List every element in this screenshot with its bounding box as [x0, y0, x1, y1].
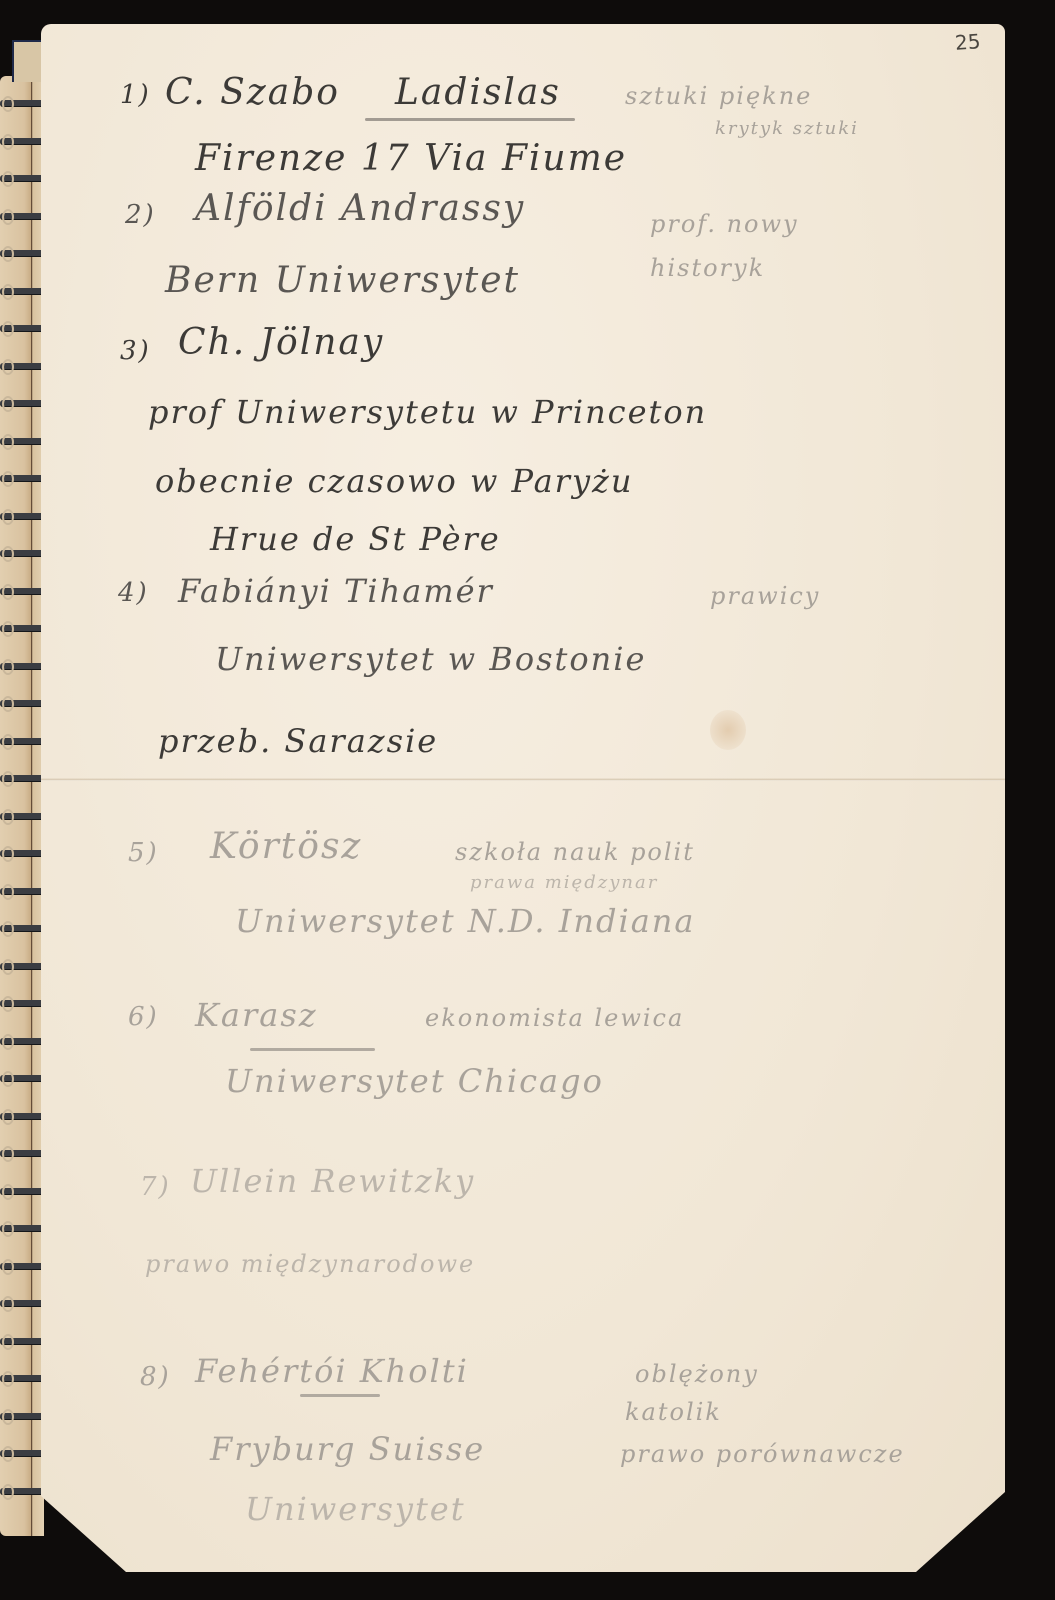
spiral-coil	[0, 888, 44, 894]
entry-number: 5)	[128, 838, 159, 868]
spiral-coil	[0, 1488, 44, 1494]
entry-line: obecnie czasowo w Paryżu	[155, 462, 634, 500]
spiral-coil	[0, 213, 44, 219]
margin-note: szkoła nauk polit	[455, 838, 695, 866]
spiral-coil	[0, 250, 44, 256]
entry-line: Fryburg Suisse	[210, 1430, 485, 1468]
margin-note: sztuki piękne	[625, 82, 812, 110]
entry-line: Hrue de St Père	[210, 520, 501, 558]
entry-name: Ullein Rewitzky	[190, 1162, 475, 1200]
entry-name: Ch. Jölnay	[178, 322, 384, 363]
spiral-coil	[0, 400, 44, 406]
spiral-coil	[0, 138, 44, 144]
name-underline	[250, 1048, 375, 1051]
margin-note: prof. nowy	[650, 210, 799, 238]
spiral-coil	[0, 1300, 44, 1306]
spiral-coil	[0, 1263, 44, 1269]
spiral-coil	[0, 325, 44, 331]
page-fold-crease	[41, 778, 1005, 781]
entry-name: Fabiányi Tihamér	[178, 572, 494, 610]
spiral-coil	[0, 288, 44, 294]
entry-name: Karasz	[195, 996, 318, 1034]
entry-number: 7)	[140, 1172, 171, 1202]
spiral-coil	[0, 363, 44, 369]
margin-note: prawo porównawcze	[620, 1440, 905, 1468]
margin-note: katolik	[625, 1398, 722, 1426]
entry-line: Uniwersytet w Bostonie	[215, 640, 646, 678]
spiral-coil	[0, 588, 44, 594]
spiral-coil	[0, 1113, 44, 1119]
margin-note: ekonomista lewica	[425, 1004, 684, 1032]
entry-number: 8)	[140, 1362, 171, 1392]
page-number: 25	[954, 29, 981, 55]
name-underline	[300, 1394, 380, 1397]
spiral-coil	[0, 963, 44, 969]
entry-number: 4)	[118, 578, 149, 608]
spiral-coil	[0, 1075, 44, 1081]
margin-note: historyk	[650, 254, 765, 282]
spiral-coil	[0, 925, 44, 931]
entry-name: C. Szabo	[165, 72, 340, 113]
entry-line: przeb. Sarazsie	[158, 722, 438, 760]
spiral-coil	[0, 850, 44, 856]
spiral-coil	[0, 1150, 44, 1156]
entry-number: 6)	[128, 1002, 159, 1032]
spiral-coil	[0, 1000, 44, 1006]
entry-line: Uniwersytet	[245, 1490, 466, 1528]
spiral-coil	[0, 738, 44, 744]
spiral-coil	[0, 663, 44, 669]
entry-line: prawo międzynarodowe	[145, 1250, 475, 1278]
spiral-coil	[0, 625, 44, 631]
spiral-coil	[0, 475, 44, 481]
margin-note: prawa międzynar	[470, 872, 658, 893]
spiral-coil	[0, 1188, 44, 1194]
notebook-page	[41, 24, 1005, 1572]
name-underline	[365, 118, 575, 121]
entry-name: Alföldi Andrassy	[195, 188, 525, 229]
paper-stain	[710, 710, 746, 750]
spiral-coil	[0, 775, 44, 781]
entry-number: 1)	[120, 80, 151, 110]
entry-line: Uniwersytet N.D. Indiana	[235, 902, 695, 940]
spiral-coil	[0, 1338, 44, 1344]
entry-number: 3)	[120, 336, 151, 366]
spiral-coil	[0, 438, 44, 444]
spiral-coil	[0, 100, 44, 106]
entry-line: Firenze 17 Via Fiume	[195, 138, 627, 179]
spiral-coil	[0, 550, 44, 556]
spiral-coil	[0, 813, 44, 819]
spiral-coil	[0, 700, 44, 706]
spiral-coil	[0, 175, 44, 181]
entry-name: Körtösz	[210, 826, 362, 867]
margin-note: prawicy	[710, 582, 820, 610]
entry-line: Uniwersytet Chicago	[225, 1062, 604, 1100]
entry-name: Fehértói Kholti	[195, 1352, 469, 1390]
margin-note: oblężony	[635, 1360, 759, 1388]
spiral-coil	[0, 1450, 44, 1456]
spiral-coil	[0, 1375, 44, 1381]
margin-note: krytyk sztuki	[715, 118, 859, 139]
spiral-coil	[0, 1225, 44, 1231]
entry-line: Bern Uniwersytet	[165, 260, 520, 301]
spiral-coil	[0, 1413, 44, 1419]
entry-line: prof Uniwersytetu w Princeton	[148, 393, 707, 431]
entry-name-underlined: Ladislas	[395, 72, 561, 113]
spiral-coil	[0, 513, 44, 519]
spiral-coil	[0, 1038, 44, 1044]
entry-number: 2)	[125, 200, 156, 230]
